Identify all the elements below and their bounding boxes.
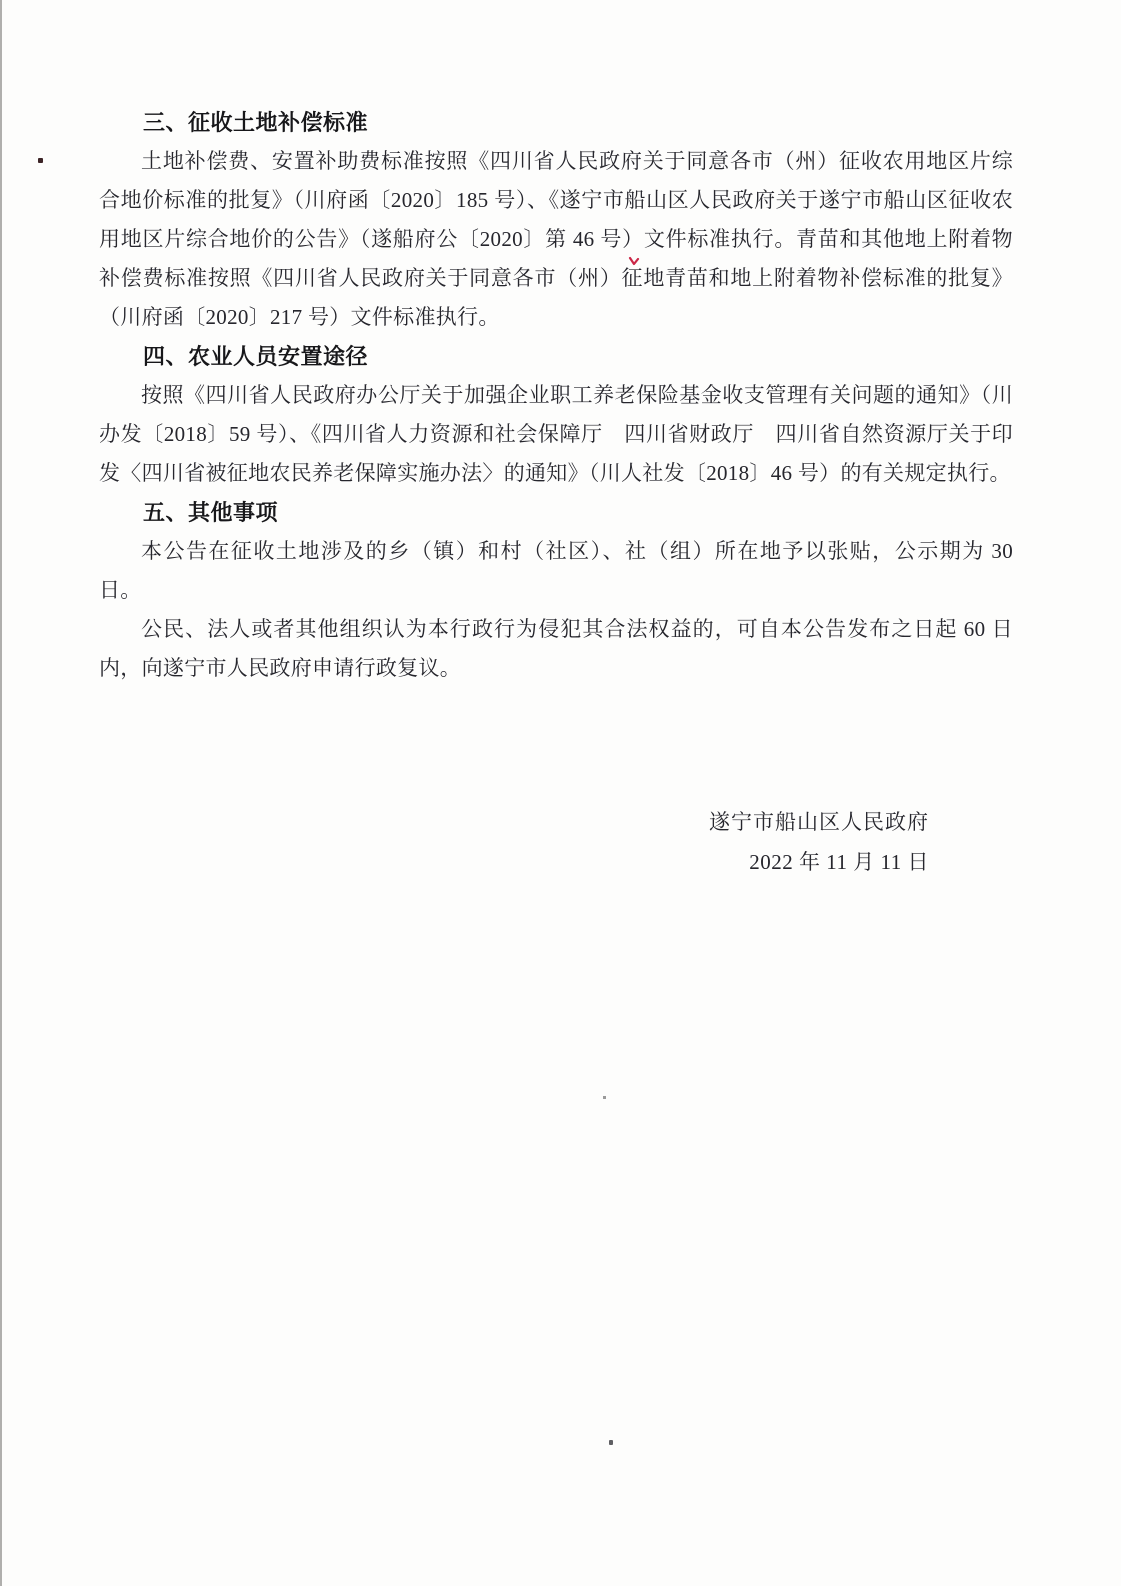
ink-dot-artifact bbox=[38, 158, 43, 163]
signature-block: 遂宁市船山区人民政府 2022 年 11 月 11 日 bbox=[99, 802, 1013, 882]
signature-date: 2022 年 11 月 11 日 bbox=[99, 842, 929, 882]
document-body: 三、征收土地补偿标准 土地补偿费、安置补助费标准按照《四川省人民政府关于同意各市… bbox=[99, 103, 1013, 882]
paragraph-resettlement: 按照《四川省人民政府办公厅关于加强企业职工养老保险基金收支管理有关问题的通知》（… bbox=[99, 376, 1013, 493]
scan-edge-shadow bbox=[0, 0, 2, 1586]
red-pen-check-path bbox=[630, 258, 638, 264]
scan-speck-1 bbox=[603, 1096, 606, 1099]
section-heading-4: 四、农业人员安置途径 bbox=[99, 337, 1013, 376]
red-pen-check-mark bbox=[628, 255, 640, 267]
paragraph-review-rights: 公民、法人或者其他组织认为本行政行为侵犯其合法权益的，可自本公告发布之日起 60… bbox=[99, 610, 1013, 688]
section-heading-3: 三、征收土地补偿标准 bbox=[99, 103, 1013, 142]
scanned-document-page: 三、征收土地补偿标准 土地补偿费、安置补助费标准按照《四川省人民政府关于同意各市… bbox=[0, 0, 1121, 1586]
scan-speck-2 bbox=[609, 1440, 613, 1445]
section-heading-5: 五、其他事项 bbox=[99, 493, 1013, 532]
paragraph-posting-period: 本公告在征收土地涉及的乡（镇）和村（社区）、社（组）所在地予以张贴，公示期为 3… bbox=[99, 532, 1013, 610]
paragraph-land-compensation: 土地补偿费、安置补助费标准按照《四川省人民政府关于同意各市（州）征收农用地区片综… bbox=[99, 142, 1013, 337]
signature-issuer: 遂宁市船山区人民政府 bbox=[99, 802, 929, 842]
